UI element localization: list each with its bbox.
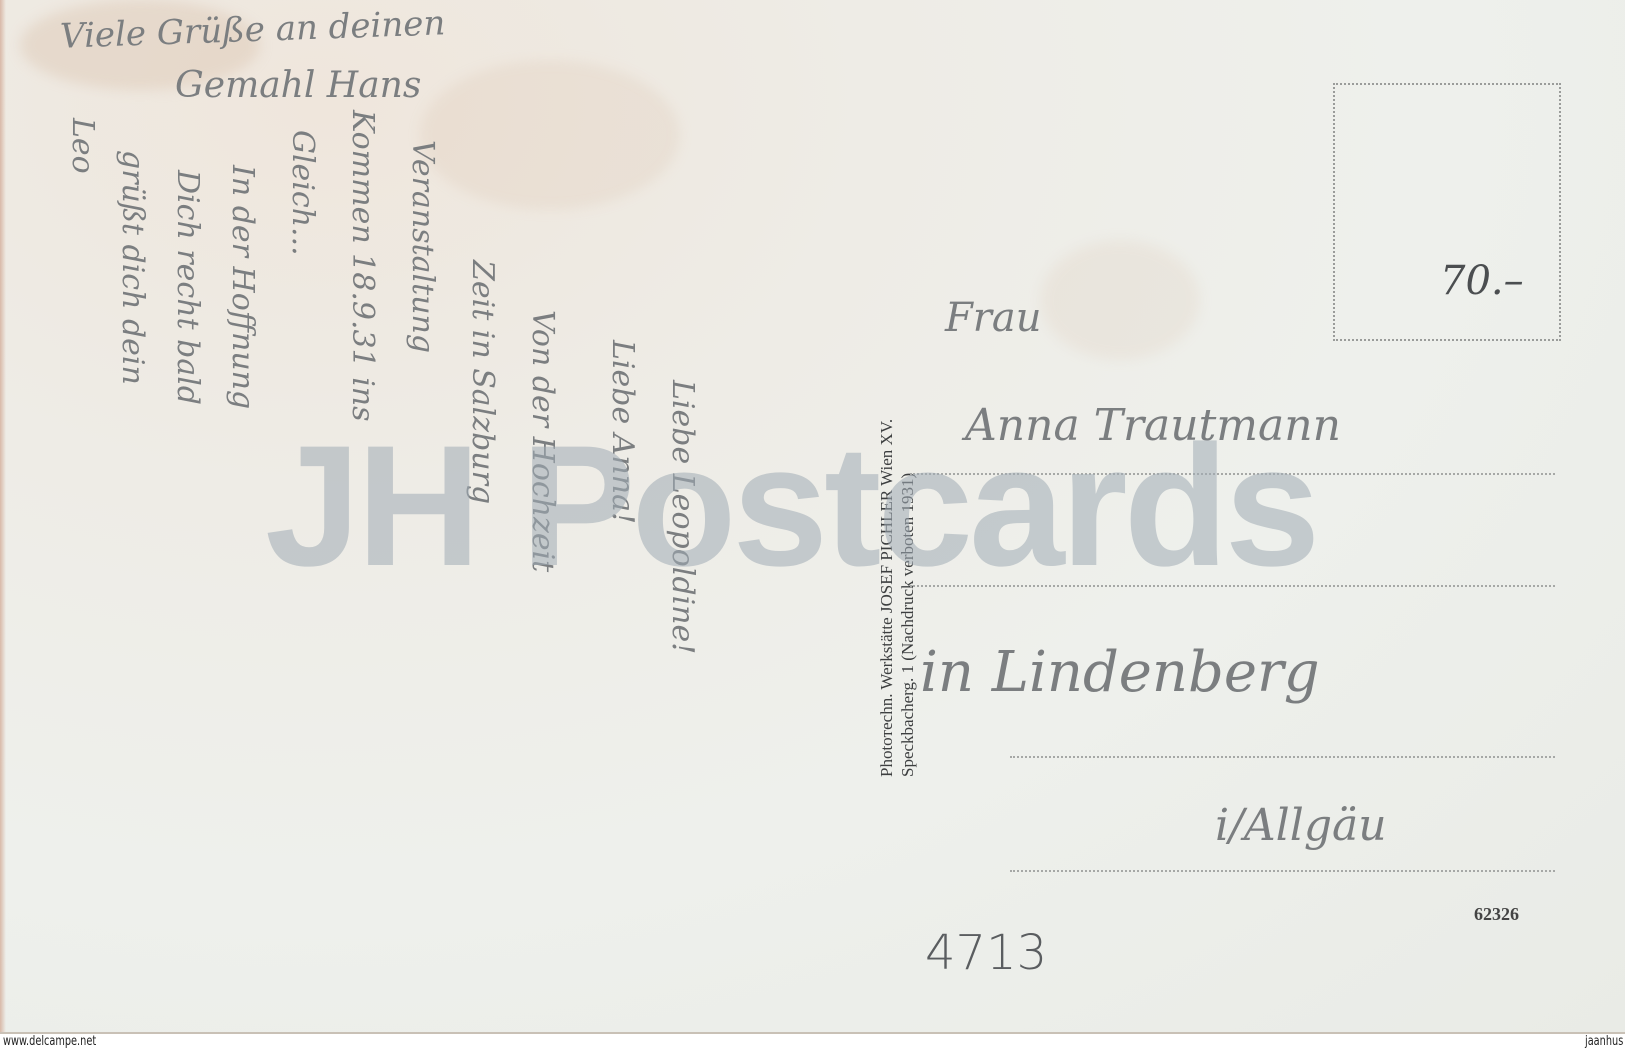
message-line: grüßt dich dein [115, 150, 150, 385]
message-line: Dich recht bald [170, 170, 205, 405]
watermark: JH Postcards [265, 420, 1316, 592]
message-line-date: Kommen 18.9.31 ins [345, 110, 380, 422]
address-line1: Frau [945, 295, 1041, 341]
message-line: Gleich... [285, 130, 320, 256]
paper-stain [420, 60, 680, 210]
message-line: In der Hoffnung [225, 165, 260, 409]
price-note: 70.– [1440, 258, 1524, 304]
handwritten-greeting-line2: Gemahl Hans [175, 65, 421, 106]
paper-stain [1040, 240, 1200, 360]
message-line: Veranstaltung [405, 140, 440, 353]
pencil-inventory-note: 4713 [925, 925, 1047, 981]
address-line3: in Lindenberg [920, 640, 1320, 705]
address-rule [1010, 870, 1555, 872]
footer-seller-name: jaanhus [1585, 1034, 1623, 1049]
message-line: Leo [65, 118, 100, 174]
address-line4: i/Allgäu [1215, 800, 1387, 851]
catalog-number: 62326 [1474, 904, 1519, 925]
postcard: Viele Grüße an deinen Gemahl Hans Leo gr… [0, 0, 1625, 1034]
address-rule [1010, 756, 1555, 758]
footer-site-link[interactable]: www.delcampe.net [3, 1034, 96, 1049]
